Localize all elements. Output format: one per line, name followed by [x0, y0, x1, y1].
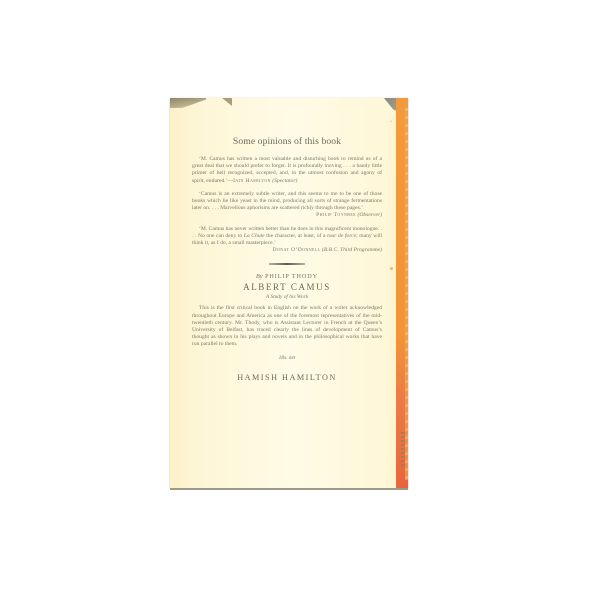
bottom-edge — [170, 488, 408, 490]
price: 18s. net — [192, 355, 382, 361]
orange-spine — [396, 98, 408, 488]
review-quote: ‘M. Camus has never written better than … — [192, 226, 382, 255]
review-publication: (B.B.C. Third Programme) — [322, 247, 382, 253]
author-byline: By PHILIP THODY — [192, 273, 382, 280]
review-source: Iain Hamilton — [233, 178, 271, 184]
review-publication: (Spectator) — [272, 178, 297, 184]
cover-text: Some opinions of this book ‘M. Camus has… — [192, 136, 382, 382]
advertised-book-title: ALBERT CAMUS — [192, 282, 382, 292]
review-attribution: Donat O’Donnell (B.B.C. Third Programme) — [192, 247, 382, 254]
publisher-name: HAMISH HAMILTON — [192, 373, 382, 382]
stain-dot — [390, 267, 393, 270]
review-quote: ‘M. Camus has written a most valuable an… — [192, 156, 382, 185]
photo-stage: Some opinions of this book ‘M. Camus has… — [0, 0, 595, 595]
review-publication: (Observer) — [357, 212, 382, 218]
torn-edge-left — [222, 98, 232, 106]
review-attribution: Philip Toynbee (Observer) — [192, 212, 382, 219]
book-blurb: This is the first critical book in Engli… — [192, 305, 382, 348]
divider-rule — [269, 263, 305, 265]
review-source: Donat O’Donnell — [273, 247, 321, 253]
opinions-heading: Some opinions of this book — [192, 136, 382, 147]
review-quote: ‘Camus is an extremely subtle writer, an… — [192, 191, 382, 220]
spine-label-mark — [401, 432, 407, 468]
advertised-book-subtitle: A Study of his Work — [192, 294, 382, 300]
book-back-cover: Some opinions of this book ‘M. Camus has… — [170, 98, 408, 488]
torn-corner-left — [170, 98, 206, 108]
review-source: Philip Toynbee — [316, 212, 356, 218]
